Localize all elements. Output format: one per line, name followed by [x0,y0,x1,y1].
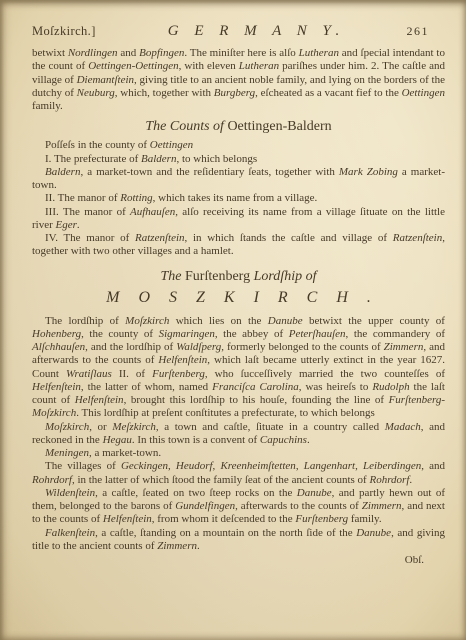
proper-name: Moſzkirch [125,315,169,327]
proper-name: Franciſca Carolina [212,381,299,393]
proper-name: Heudorf [176,460,213,472]
text-run: , a caſtle, ſtanding on a mountain on th… [95,527,356,539]
proper-name: Bopfingen [139,47,184,59]
proper-name: Kreenheimſtetten [220,460,295,472]
proper-name: Mark Zobing [339,166,398,178]
proper-name: Oettingen-Oettingen [88,60,178,72]
proper-name: Aufhauſen [130,206,175,218]
proper-name: Baldern [141,153,176,165]
text-run: betwixt [32,47,68,59]
paragraph: I. The prefecturate of Baldern, to which… [32,153,445,166]
proper-name: Diemantſtein [77,74,134,86]
proper-name: Meningen [45,447,89,459]
text-run: family. [348,513,382,525]
paragraph: The lordſhip of Moſzkirch which lies on … [32,315,445,421]
proper-name: Falkenſtein [45,527,95,539]
text-run: , which takes its name from a village. [153,192,318,204]
proper-name: Ratzenſtein [393,232,443,244]
paragraph: Falkenſtein, a caſtle, ſtanding on a mou… [32,527,445,554]
proper-name: Helfenſtein [32,381,81,393]
text-run: , which, together with [115,87,214,99]
proper-name: Madach [385,421,421,433]
proper-name: Danube [356,527,391,539]
running-head: Moſzkirch.] G E R M A N Y. 261 [0,0,466,40]
proper-name: Helfenſtein [158,354,207,366]
paragraph: The villages of Geckingen, Heudorf, Kree… [32,460,445,487]
proper-name: The Counts of [145,119,227,134]
proper-name: Burgberg [214,87,255,99]
text-run: and [118,47,140,59]
text-run: , a town and caſtle, ſituate in a countr… [156,421,385,433]
proper-name: Alſchhauſen [32,341,85,353]
proper-name: Rotting [120,192,152,204]
text-run: , was heireſs to [299,381,373,393]
proper-name: Danube [297,487,332,499]
proper-name: Ratzenſtein [135,232,185,244]
text-run: , to which belongs [176,153,257,165]
paragraph: Baldern, a market-town and the reſidenti… [32,166,445,193]
paragraph: Moſzkirch, or Meſzkirch, a town and caſt… [32,421,445,448]
proper-name: Oettingen [402,87,445,99]
proper-name: Leiberdingen [363,460,421,472]
book-page: Moſzkirch.] G E R M A N Y. 261 betwixt N… [0,0,466,640]
proper-name: Rudolph [372,381,409,393]
proper-name: Rohrdorf [369,474,409,486]
text-run: , [355,460,363,472]
text-run: . [197,540,200,552]
text-run: Oettingen-Baldern [227,119,331,134]
text-run: , afterwards to the counts of [235,500,362,512]
text-run: betwixt the upper county of [303,315,445,327]
text-run: The villages of [45,460,121,472]
proper-name: Helfenſtein [103,513,152,525]
text-run: , the abbey of [215,328,289,340]
text-run: , brought this lordſhip to his houſe, fo… [124,394,389,406]
lordship-caps-title: MOSZKIRCH. [32,285,464,315]
text-run: . [307,434,310,446]
proper-name: Zimmern [157,540,197,552]
text-run: , the latter of whom, named [81,381,212,393]
proper-name: Zimmern [384,341,424,353]
text-run: MOSZKIRCH. [106,289,390,306]
proper-name: Wildenſtein [45,487,95,499]
proper-name: The [161,269,186,284]
text-run: . [77,219,80,231]
text-run: , with eleven [179,60,239,72]
running-head-title: G E R M A N Y. [156,23,357,40]
text-run: Poſſeſs in the county of [45,139,150,151]
text-run: , [296,460,304,472]
proper-name: Lutheran [299,47,339,59]
proper-name: Helfenſtein [75,394,124,406]
proper-name: Zimmern [362,500,402,512]
text-run: I. The prefecturate of [45,153,141,165]
text-run: , or [89,421,112,433]
lordship-heading: The Furſtenberg Lordſhip of [32,259,445,285]
proper-name: Furſtenberg [152,368,205,380]
text-run: , a market-town and the reſidentiary ſea… [80,166,338,178]
proper-name: Danube [268,315,303,327]
running-head-keyword: Moſzkirch.] [32,24,156,39]
proper-name: Wratiſlaus [66,368,112,380]
text-run: , who ſucceſſively married the two count… [205,368,445,380]
text-run: , from whom it deſcended to the [152,513,296,525]
text-run: . In this town is a convent of [132,434,260,446]
proper-name: Meſzkirch [112,421,156,433]
page-text: betwixt Nordlingen and Bopfingen. The mi… [0,40,466,553]
text-run: , a market-town. [89,447,161,459]
text-run: , in which ſtands the caſtle and village… [185,232,393,244]
paragraph: Poſſeſs in the county of Oettingen [32,139,445,152]
text-run: . This lordſhip at preſent conſtitutes a… [76,407,375,419]
proper-name: Gundelfingen [175,500,235,512]
page-number: 261 [351,24,445,39]
proper-name: Rohrdorf [32,474,72,486]
catchword: Obſ. [0,553,466,566]
proper-name: Capuchins [260,434,307,446]
text-run: , a caſtle, ſeated on two ſteep rocks on… [95,487,297,499]
proper-name: Oettingen [150,139,193,151]
paragraph: III. The manor of Aufhauſen, alſo receiv… [32,206,445,233]
text-run: . The miniſter here is alſo [184,47,298,59]
proper-name: Lutheran [239,60,279,72]
text-run: . [409,474,412,486]
text-run: , [168,460,176,472]
paragraph: betwixt Nordlingen and Bopfingen. The mi… [32,47,445,113]
proper-name: Hegau [103,434,132,446]
proper-name: Waldſperg [176,341,221,353]
paragraph: IV. The manor of Ratzenſtein, in which ſ… [32,232,445,259]
proper-name: Furſtenberg [295,513,348,525]
proper-name: Eger [56,219,77,231]
proper-name: Nordlingen [68,47,118,59]
proper-name: Lordſhip of [254,269,317,284]
proper-name: Hohenberg [32,328,81,340]
text-run: II. of [112,368,152,380]
paragraph: II. The manor of Rotting, which takes it… [32,192,445,205]
text-run: III. The manor of [45,206,130,218]
text-run: , formerly belonged to the counts of [221,341,383,353]
paragraph: Wildenſtein, a caſtle, ſeated on two ſte… [32,487,445,527]
text-run: , and the lordſhip of [85,341,176,353]
proper-name: Moſzkirch [45,421,89,433]
text-run: II. The manor of [45,192,120,204]
text-run: family. [32,100,63,112]
text-run: , the commandery of [346,328,445,340]
proper-name: Langenhart [304,460,355,472]
text-run: , the county of [81,328,159,340]
proper-name: Baldern [45,166,80,178]
text-run: IV. The manor of [45,232,135,244]
proper-name: Peterſhauſen [289,328,346,340]
proper-name: Geckingen [121,460,168,472]
text-run: The lordſhip of [45,315,125,327]
text-run: , and [421,460,445,472]
text-run: which lies on the [169,315,267,327]
text-run: Furſtenberg [185,269,254,284]
proper-name: Sigmaringen [159,328,215,340]
section-heading: The Counts of Oettingen-Baldern [32,113,445,139]
proper-name: Neuburg [77,87,115,99]
text-run: , in the latter of which ſtood the famil… [72,474,370,486]
paragraph: Meningen, a market-town. [32,447,445,460]
text-run: , eſcheated as a vacant fief to the [255,87,401,99]
